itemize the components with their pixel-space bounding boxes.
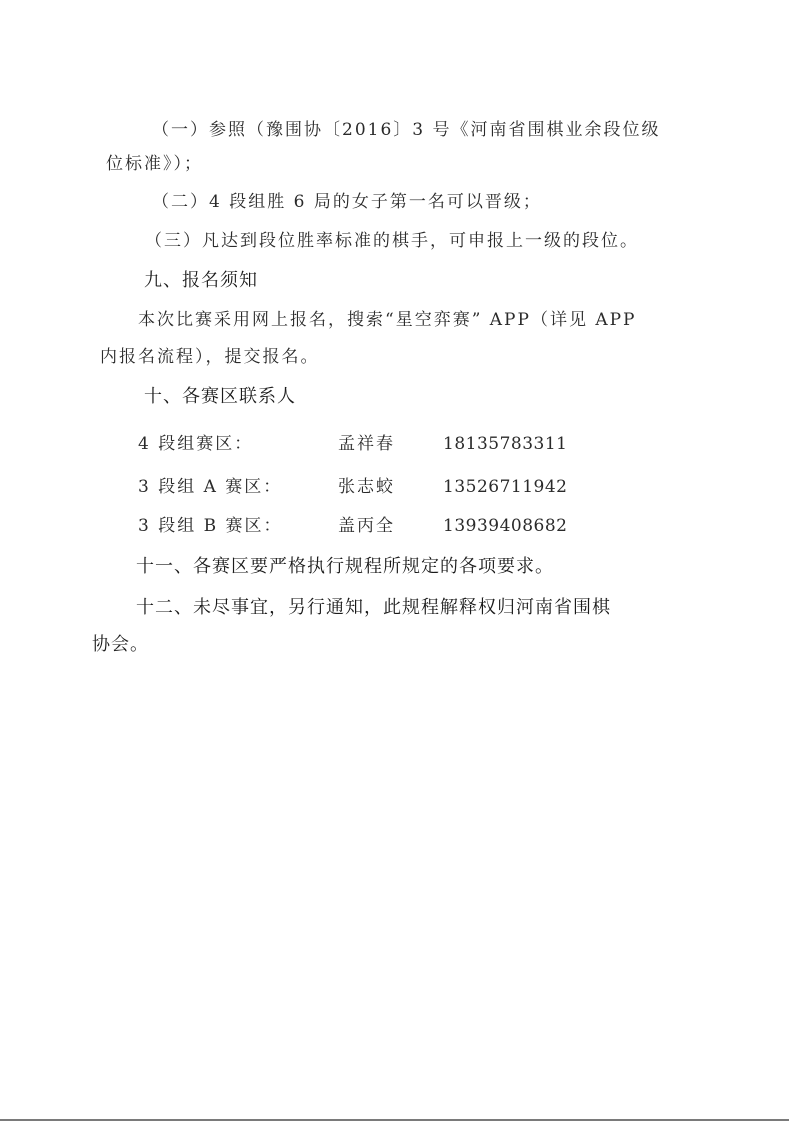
contact-division: 3 段组 A 赛区： <box>138 475 282 499</box>
contact-phone: 13526711942 <box>443 475 567 499</box>
contact-division: 4 段组赛区： <box>138 432 253 456</box>
section-9-body-line-1: 本次比赛采用网上报名，搜索“星空弈赛” APP（详见 APP <box>138 308 637 332</box>
section-9-body-line-2: 内报名流程），提交报名。 <box>100 345 320 369</box>
contact-name: 孟祥春 <box>338 432 395 456</box>
section-9-heading: 九、报名须知 <box>144 269 258 293</box>
section-12-line-2: 协会。 <box>92 633 149 657</box>
contact-name: 张志蛟 <box>338 475 395 499</box>
contact-phone: 18135783311 <box>443 432 567 456</box>
paragraph-1-line-2: 位标准》）； <box>106 152 203 176</box>
section-10-heading: 十、各赛区联系人 <box>144 385 296 409</box>
section-12-line-1: 十二、未尽事宜，另行通知，此规程解释权归河南省围棋 <box>136 596 611 620</box>
contact-phone: 13939408682 <box>443 514 567 538</box>
section-11: 十一、各赛区要严格执行规程所规定的各项要求。 <box>136 555 554 579</box>
contact-division: 3 段组 B 赛区： <box>138 514 283 538</box>
paragraph-2: （二）4 段组胜 6 局的女子第一名可以晋级； <box>152 190 542 214</box>
paragraph-1-line-1: （一）参照（豫围协〔2016〕3 号《河南省围棋业余段位级 <box>152 118 660 142</box>
paragraph-3: （三）凡达到段位胜率标准的棋手，可申报上一级的段位。 <box>145 229 639 253</box>
contact-name: 盖丙全 <box>338 514 395 538</box>
